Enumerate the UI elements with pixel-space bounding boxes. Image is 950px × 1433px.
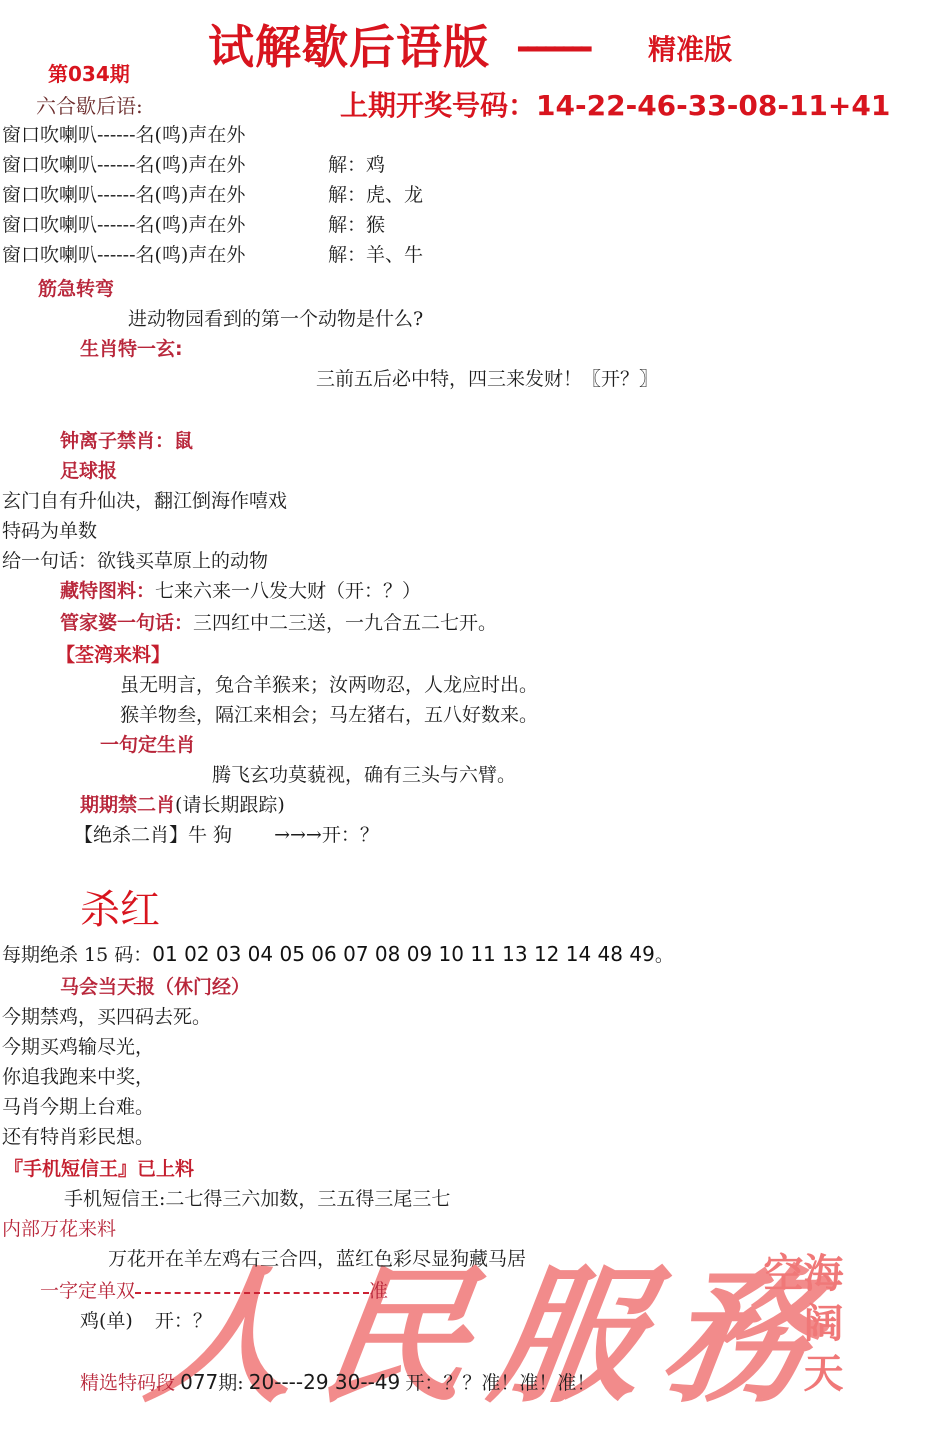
quanwan-heading: 【荃湾来料】 bbox=[56, 646, 170, 665]
kill-red-row: 每期绝杀 15 码：01 02 03 04 05 06 07 08 09 10 … bbox=[2, 944, 674, 965]
hidden-chart-heading: 藏特图料： bbox=[60, 580, 155, 602]
xiehouyu-answer-5: 解：羊、牛 bbox=[328, 246, 423, 265]
hidden-chart-row: 藏特图料：七来六来一八发大财（开：？） bbox=[60, 582, 421, 601]
xiehouyu-line-2: 窗口吹喇叭------名(鸣)声在外 bbox=[2, 156, 245, 175]
selected-range-result: 开：？？准！准！准！ bbox=[405, 1372, 595, 1394]
sms-king-text: 手机短信王:二七得三六加数，三五得三尾三七 bbox=[64, 1190, 450, 1209]
title-dashes: -------- bbox=[516, 30, 588, 66]
kill-red-heading: 杀红 bbox=[80, 890, 160, 930]
ban-two-note: (请长期跟踪) bbox=[175, 794, 285, 816]
mahui-line-5: 还有特肖彩民想。 bbox=[2, 1128, 154, 1147]
selected-range-issue: 077 bbox=[180, 1370, 218, 1394]
housekeeper-heading: 管家婆一句话： bbox=[60, 612, 193, 634]
title-subtitle: 精准版 bbox=[648, 36, 732, 64]
kill-red-numbers: 01 02 03 04 05 06 07 08 09 10 11 13 12 1… bbox=[152, 942, 655, 966]
housekeeper-row: 管家婆一句话：三四红中二三送，一九合五二七开。 bbox=[60, 614, 497, 633]
last-draw-numbers: 14-22-46-33-08-11+41 bbox=[536, 89, 890, 122]
mahui-heading: 马会当天报（休门经） bbox=[60, 978, 250, 997]
shengxiao-heading: 生肖特一玄: bbox=[80, 340, 183, 359]
hidden-chart-text: 七来六来一八发大财（开：？） bbox=[155, 580, 421, 602]
mahui-line-3: 你追我跑来中奖， bbox=[2, 1068, 154, 1087]
xiehouyu-answer-2: 解：鸡 bbox=[328, 156, 385, 175]
ban-two-label: 【绝杀二肖】牛 狗 bbox=[74, 824, 232, 846]
football-line-3: 给一句话：欲钱买草原上的动物 bbox=[2, 552, 268, 571]
football-line-1: 玄门自有升仙决，翻江倒海作嘻戏 bbox=[2, 492, 287, 511]
odd-even-row: 一字定单双准 bbox=[40, 1282, 388, 1301]
mahui-line-1: 今期禁鸡，买四码去死。 bbox=[2, 1008, 211, 1027]
ban-two-arrows: →→→ bbox=[274, 824, 322, 846]
xiehouyu-line-5: 窗口吹喇叭------名(鸣)声在外 bbox=[2, 246, 245, 265]
watermark-left-fragment bbox=[0, 1270, 42, 1390]
football-heading: 足球报 bbox=[60, 462, 117, 481]
xiehouyu-line-3: 窗口吹喇叭------名(鸣)声在外 bbox=[2, 186, 245, 205]
selected-range-values: 20----29 30--49 bbox=[249, 1370, 400, 1394]
one-sentence-heading: 一句定生肖 bbox=[100, 736, 195, 755]
mahui-line-4: 马肖今期上台难。 bbox=[2, 1098, 154, 1117]
mahui-line-2: 今期买鸡输尽光， bbox=[2, 1038, 154, 1057]
xiehouyu-line-1: 窗口吹喇叭------名(鸣)声在外 bbox=[2, 126, 245, 145]
ban-two-heading: 期期禁二肖 bbox=[80, 794, 175, 816]
xiehouyu-answer-4: 解：猴 bbox=[328, 216, 385, 235]
quanwan-line-2: 猴羊物叁，隔江来相会；马左猪右，五八好数来。 bbox=[120, 706, 538, 725]
page-title: 试解歇后语版 bbox=[208, 24, 490, 70]
odd-even-dashes bbox=[135, 1292, 369, 1294]
quanwan-line-1: 虽无明言，兔合羊猴来；汝两吻忍，人龙应时出。 bbox=[120, 676, 538, 695]
issue-number: 第034期 bbox=[48, 64, 130, 84]
football-line-2: 特码为单数 bbox=[2, 522, 97, 541]
zhongli-value: 鼠 bbox=[174, 430, 193, 452]
one-sentence-text: 腾飞玄功莫藐视，确有三头与六臂。 bbox=[212, 766, 516, 785]
sms-king-heading: 『手机短信王』已上料 bbox=[4, 1160, 194, 1179]
zhongli-label: 钟离子禁肖： bbox=[60, 430, 174, 452]
kill-red-end: 。 bbox=[655, 944, 674, 966]
wanhua-text: 万花开在羊左鸡右三合四，蓝红色彩尽显狗藏马居 bbox=[108, 1250, 526, 1269]
odd-even-answer-row: 鸡(单) 开：？ bbox=[80, 1312, 212, 1331]
wanhua-heading: 内部万花来料 bbox=[2, 1220, 116, 1239]
selected-range-heading: 精选特码段 bbox=[80, 1372, 175, 1394]
selected-range-row: 精选特码段 077期: 20----29 30--49 开：？？准！准！准！ bbox=[80, 1372, 595, 1393]
ban-two-result: 开：？ bbox=[322, 824, 379, 846]
last-draw: 上期开奖号码：14-22-46-33-08-11+41 bbox=[340, 92, 890, 120]
ban-two-heading-row: 期期禁二肖(请长期跟踪) bbox=[80, 796, 285, 815]
watermark-side-text: 海阔天空 bbox=[760, 1252, 840, 1433]
zhongli-heading: 钟离子禁肖：鼠 bbox=[60, 432, 193, 451]
xiehouyu-answer-3: 解：虎、龙 bbox=[328, 186, 423, 205]
odd-even-end: 准 bbox=[369, 1280, 388, 1302]
odd-even-answer: 鸡(单) bbox=[80, 1310, 133, 1332]
last-draw-label: 上期开奖号码： bbox=[340, 89, 536, 122]
kill-red-label: 每期绝杀 15 码： bbox=[2, 944, 152, 966]
brainteaser-question: 进动物园看到的第一个动物是什么? bbox=[128, 310, 423, 329]
selected-range-issue-suffix: 期: bbox=[218, 1372, 243, 1394]
shengxiao-text: 三前五后必中特，四三来发财！〖开？〗 bbox=[316, 370, 658, 389]
ban-two-line: 【绝杀二肖】牛 狗 →→→开：？ bbox=[74, 826, 379, 845]
housekeeper-text: 三四红中二三送，一九合五二七开。 bbox=[193, 612, 497, 634]
brainteaser-heading: 筋急转弯 bbox=[38, 280, 114, 299]
xiehouyu-heading: 六合歇后语: bbox=[36, 96, 143, 116]
xiehouyu-line-4: 窗口吹喇叭------名(鸣)声在外 bbox=[2, 216, 245, 235]
odd-even-heading: 一字定单双 bbox=[40, 1280, 135, 1302]
odd-even-result: 开：？ bbox=[155, 1310, 212, 1332]
